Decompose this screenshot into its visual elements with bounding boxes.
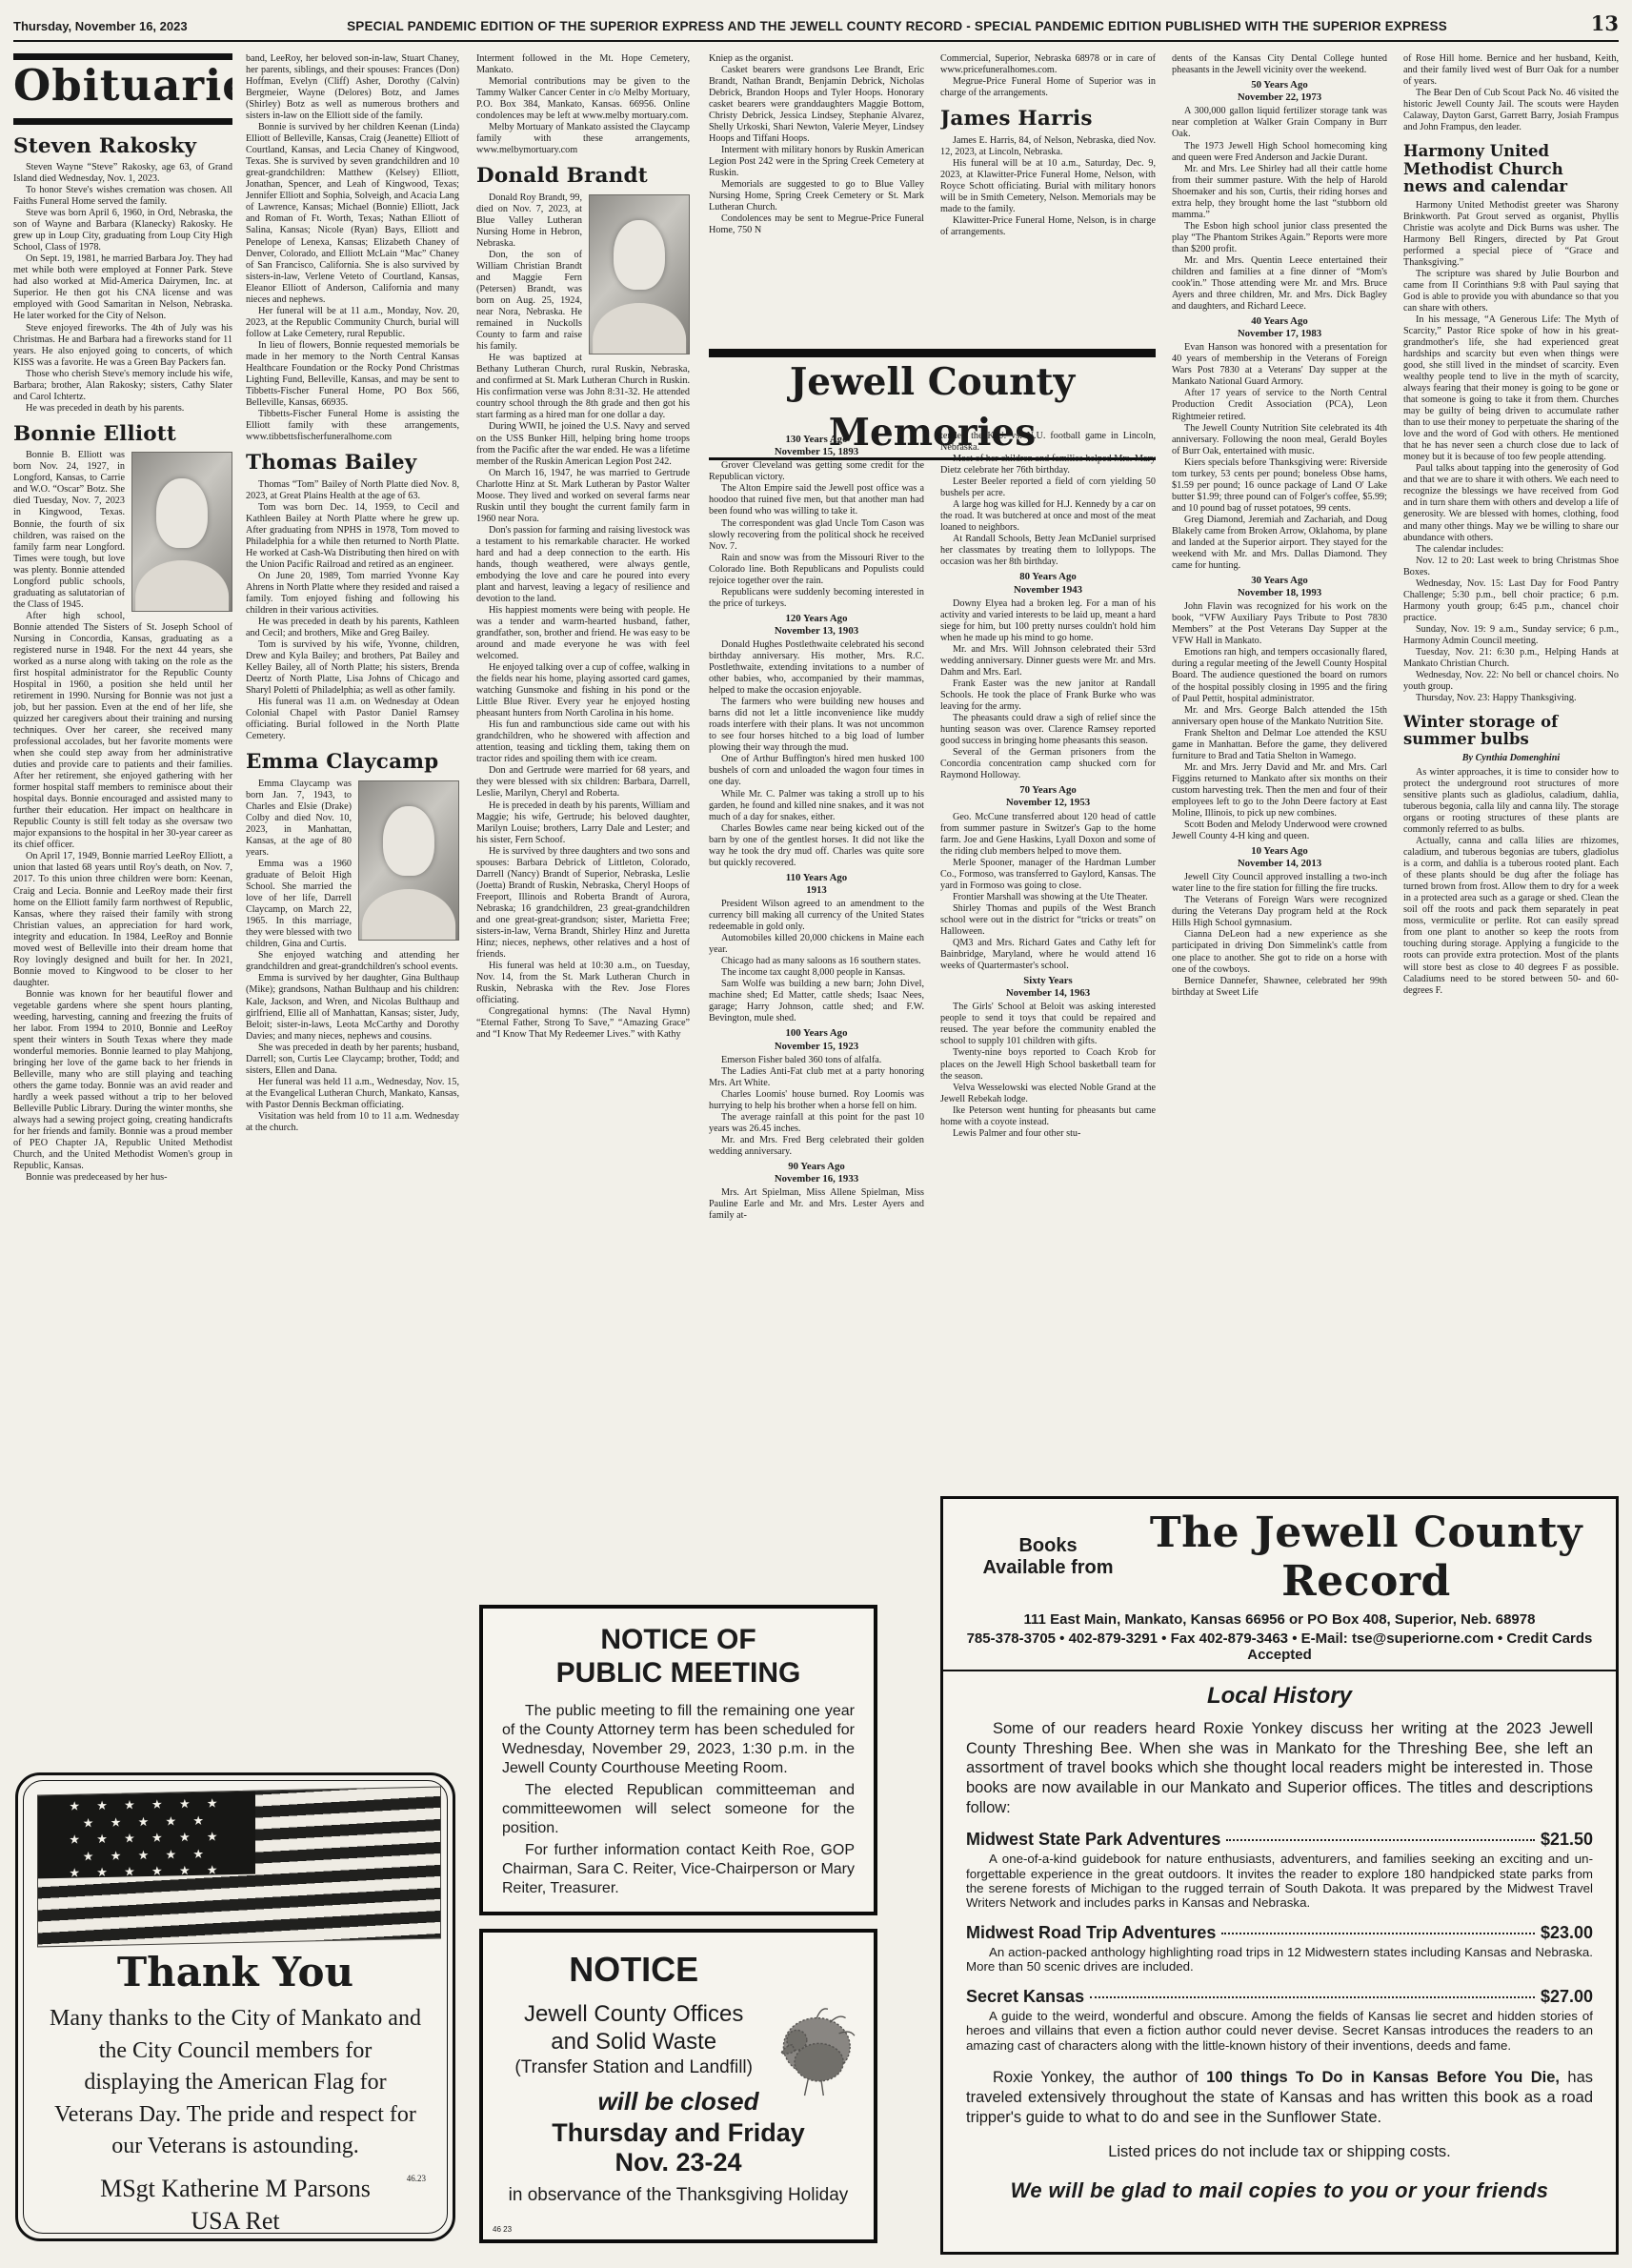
- text-block: Nov. 12 to 20: Last week to bring Christ…: [1403, 556, 1619, 578]
- closure-line: and Solid Waste: [493, 2029, 775, 2056]
- text-block: Mrs. Art Spielman, Miss Allene Spielman,…: [709, 1187, 924, 1222]
- column-7: of Rose Hill home. Bernice and her husba…: [1403, 53, 1619, 1487]
- thank-you-ad-inner: ★ ★ ★ ★ ★ ★ ★ ★ ★ ★ ★ ★ ★ ★ ★ ★ ★ ★ ★ ★ …: [23, 1780, 448, 2234]
- text-block: Charles Bowles came near being kicked ou…: [709, 823, 924, 869]
- text-block: Cianna DeLeon had a new experience as sh…: [1172, 929, 1387, 975]
- meeting-notice-title: NOTICE OF PUBLIC MEETING: [502, 1624, 855, 1690]
- prices-note: Listed prices do not include tax or ship…: [966, 2143, 1593, 2161]
- meeting-notice-paragraph: For further information contact Keith Ro…: [502, 1841, 855, 1898]
- book-entry: Midwest Road Trip Adventures $23.00 An a…: [966, 1923, 1593, 1974]
- text-block: Kniep as the organist.: [709, 53, 924, 65]
- text-block: Her funeral was held 11 a.m., Wednesday,…: [246, 1077, 459, 1111]
- text-block: 110 Years Ago 1913: [709, 872, 924, 897]
- thank-you-signature: MSgt Katherine M Parsons: [37, 2175, 433, 2203]
- roxie-paragraph: Roxie Yonkey, the author of 100 things T…: [966, 2068, 1593, 2128]
- text-block: Emma Claycamp: [246, 752, 459, 774]
- column-2: band, LeeRoy, her beloved son-in-law, St…: [246, 53, 459, 1765]
- books-ad-header: Books Available from The Jewell County R…: [966, 1509, 1593, 1606]
- books-ad-footer: We will be glad to mail copies to you or…: [966, 2178, 1593, 2203]
- text-block: Greg Diamond, Jeremiah and Zachariah, an…: [1172, 515, 1387, 572]
- text-block: Mr. and Mrs. Lee Shirley had all their c…: [1172, 164, 1387, 221]
- book-title: Secret Kansas: [966, 1987, 1084, 2007]
- column-3-blocks: Interment followed in the Mt. Hope Cemet…: [476, 53, 690, 1041]
- memories-right-blocks: tended the K.U. vs. N.U. football game i…: [940, 431, 1156, 1140]
- text-block: By Cynthia Domenghini: [1403, 753, 1619, 764]
- column-1-blocks: Steven RakoskySteven Wayne “Steve” Rakos…: [13, 136, 232, 1185]
- text-block: Velva Wesselowski was elected Noble Gran…: [940, 1083, 1156, 1105]
- text-block: Tibbetts-Fischer Funeral Home is assisti…: [246, 409, 459, 443]
- text-block: Megrue-Price Funeral Home of Superior wa…: [940, 76, 1156, 99]
- thank-you-title: Thank You: [37, 1949, 433, 1995]
- text-block: James Harris: [940, 109, 1156, 131]
- text-block: He is survived by three daughters and tw…: [476, 846, 690, 961]
- text-block: His happiest moments were being with peo…: [476, 605, 690, 662]
- text-block: Grover Cleveland was getting some credit…: [709, 460, 924, 483]
- text-block: To honor Steve's wishes cremation was ch…: [13, 185, 232, 208]
- text-block: of Rose Hill home. Bernice and her husba…: [1403, 53, 1619, 88]
- public-meeting-notice: NOTICE OF PUBLIC MEETING The public meet…: [479, 1605, 877, 1915]
- text-block: While Mr. C. Palmer was taking a stroll …: [709, 789, 924, 823]
- text-block: The Ladies Anti-Fat club met at a party …: [709, 1066, 924, 1089]
- text-block: Steven Rakosky: [13, 136, 232, 158]
- text-block: Scott Boden and Melody Underwood were cr…: [1172, 820, 1387, 842]
- thank-you-ad: ★ ★ ★ ★ ★ ★ ★ ★ ★ ★ ★ ★ ★ ★ ★ ★ ★ ★ ★ ★ …: [15, 1772, 455, 2241]
- newspaper-page: Thursday, November 16, 2023 SPECIAL PAND…: [0, 0, 1632, 2268]
- column-6-blocks: dents of the Kansas City Dental College …: [1172, 53, 1387, 999]
- text-block: Don's passion for farming and raising li…: [476, 525, 690, 605]
- closure-days-line: Thursday and Friday: [493, 2118, 864, 2148]
- meeting-notice-paragraph: The elected Republican committeeman and …: [502, 1781, 855, 1838]
- text-block: He was preceded in death by his parents.: [13, 403, 232, 415]
- flag-stars: ★ ★ ★ ★ ★ ★ ★ ★ ★ ★ ★ ★ ★ ★ ★ ★ ★ ★ ★ ★ …: [38, 1792, 255, 1879]
- text-block: Klawitter-Price Funeral Home, Nelson, is…: [940, 215, 1156, 238]
- text-block: He was preceded in death by his parents,…: [246, 617, 459, 639]
- text-block: She enjoyed watching and attending her g…: [246, 950, 459, 973]
- text-block: Paul talks about tapping into the genero…: [1403, 463, 1619, 543]
- thank-you-body: Many thanks to the City of Mankato and t…: [37, 2003, 433, 2163]
- text-block: Emerson Fisher baled 360 tons of alfalfa…: [709, 1055, 924, 1066]
- book-entry: Secret Kansas $27.00 A guide to the weir…: [966, 1987, 1593, 2053]
- memories-column-left: 130 Years Ago November 15, 1893Grover Cl…: [709, 431, 924, 1595]
- text-block: A large hog was killed for H.J. Kennedy …: [940, 499, 1156, 534]
- closure-footer-line: in observance of the Thanksgiving Holida…: [493, 2185, 864, 2206]
- text-block: Mr. and Mrs. Quentin Leece entertained t…: [1172, 255, 1387, 313]
- text-block: The scripture was shared by Julie Bourbo…: [1403, 269, 1619, 314]
- text-block: dents of the Kansas City Dental College …: [1172, 53, 1387, 76]
- closure-notice: NOTICE Jewell County Offices and Solid W…: [479, 1929, 877, 2243]
- text-block: Sam Wolfe was building a new barn; John …: [709, 979, 924, 1024]
- book-list: Midwest State Park Adventures $21.50 A o…: [966, 1830, 1593, 2053]
- book-title-row: Secret Kansas $27.00: [966, 1987, 1593, 2007]
- books-available-label: Books Available from: [966, 1535, 1130, 1579]
- text-block: The Bear Den of Cub Scout Pack No. 46 vi…: [1403, 88, 1619, 133]
- page-number: 13: [1561, 11, 1619, 35]
- text-block: Jewell City Council approved installing …: [1172, 872, 1387, 895]
- text-block: 120 Years Ago November 13, 1903: [709, 613, 924, 638]
- text-block: Thursday, Nov. 23: Happy Thanksgiving.: [1403, 693, 1619, 704]
- books-ad: Books Available from The Jewell County R…: [940, 1496, 1619, 2255]
- text-block: Frank Shelton and Delmar Loe attended th…: [1172, 728, 1387, 762]
- ad-code: 46.23: [407, 2174, 426, 2183]
- text-block: band, LeeRoy, her beloved son-in-law, St…: [246, 53, 459, 122]
- text-block: Mr. and Mrs. George Balch attended the 1…: [1172, 705, 1387, 728]
- text-block: Mr. and Mrs. Jerry David and Mr. and Mrs…: [1172, 762, 1387, 820]
- text-block: Tom was born Dec. 14, 1959, to Cecil and…: [246, 502, 459, 571]
- text-block: The Veterans of Foreign Wars were recogn…: [1172, 895, 1387, 929]
- text-block: Steve enjoyed fireworks. The 4th of July…: [13, 323, 232, 369]
- text-block: Thomas Bailey: [246, 453, 459, 475]
- text-block: At Randall Schools, Betty Jean McDaniel …: [940, 534, 1156, 568]
- text-block: Lester Beeler reported a field of corn y…: [940, 476, 1156, 499]
- column-3: Interment followed in the Mt. Hope Cemet…: [476, 53, 690, 1595]
- text-block: Interment followed in the Mt. Hope Cemet…: [476, 53, 690, 76]
- text-block: 50 Years Ago November 22, 1973: [1172, 79, 1387, 104]
- local-history-heading: Local History: [966, 1683, 1593, 1710]
- text-block: Bonnie was known for her beautiful flowe…: [13, 989, 232, 1173]
- text-block: Most of her children and families helped…: [940, 454, 1156, 476]
- dot-leader: [1226, 1839, 1535, 1841]
- emma-claycamp-photo: [358, 780, 459, 941]
- text-block: Sunday, Nov. 19: 9 a.m., Sunday service;…: [1403, 624, 1619, 647]
- book-description: A one-of-a-kind guidebook for nature ent…: [966, 1852, 1593, 1911]
- closure-line: Jewell County Offices: [493, 2001, 775, 2029]
- text-block: John Flavin was recognized for his work …: [1172, 601, 1387, 647]
- text-block: Melby Mortuary of Mankato assisted the C…: [476, 122, 690, 156]
- column-2-blocks: band, LeeRoy, her beloved son-in-law, St…: [246, 53, 459, 1134]
- text-block: 90 Years Ago November 16, 1933: [709, 1161, 924, 1185]
- text-block: Congregational hymns: (The Naval Hymn) “…: [476, 1006, 690, 1041]
- text-block: The pheasants could draw a sigh of relie…: [940, 713, 1156, 747]
- closure-notice-body: NOTICE Jewell County Offices and Solid W…: [493, 1950, 775, 2079]
- column-5-blocks: Commercial, Superior, Nebraska 68978 or …: [940, 53, 1156, 238]
- text-block: Wednesday, Nov. 15: Last Day for Food Pa…: [1403, 578, 1619, 624]
- text-block: He was baptized at Bethany Lutheran Chur…: [476, 353, 690, 421]
- text-block: His funeral was 11 a.m. on Wednesday at …: [246, 697, 459, 742]
- book-title: Midwest State Park Adventures: [966, 1830, 1220, 1850]
- text-block: The average rainfall at this point for t…: [709, 1112, 924, 1135]
- text-block: After 17 years of service to the North C…: [1172, 388, 1387, 422]
- text-block: 100 Years Ago November 15, 1923: [709, 1027, 924, 1052]
- book-title: Midwest Road Trip Adventures: [966, 1923, 1216, 1943]
- text-block: The farmers who were building new houses…: [709, 697, 924, 754]
- text-block: Steve was born April 6, 1960, in Ord, Ne…: [13, 208, 232, 253]
- column-4-top: Kniep as the organist.Casket bearers wer…: [709, 53, 924, 345]
- text-block: James E. Harris, 84, of Nelson, Nebraska…: [940, 135, 1156, 158]
- text-block: 40 Years Ago November 17, 1983: [1172, 315, 1387, 340]
- text-block: A 300,000 gallon liquid fertilizer stora…: [1172, 106, 1387, 140]
- text-block: Mr. and Mrs. Will Johnson celebrated the…: [940, 644, 1156, 678]
- donald-brandt-photo: [589, 194, 690, 354]
- text-block: Twenty-nine boys reported to Coach Krob …: [940, 1047, 1156, 1082]
- text-block: Steven Wayne “Steve” Rakosky, age 63, of…: [13, 162, 232, 185]
- text-block: Charles Loomis' house burned. Roy Loomis…: [709, 1089, 924, 1112]
- text-block: The correspondent was glad Uncle Tom Cas…: [709, 518, 924, 553]
- memories-left-blocks: 130 Years Ago November 15, 1893Grover Cl…: [709, 434, 924, 1222]
- text-block: The Jewell County Nutrition Site celebra…: [1172, 423, 1387, 457]
- text-block: The Alton Empire said the Jewell post of…: [709, 483, 924, 517]
- text-block: During WWII, he joined the U.S. Navy and…: [476, 421, 690, 467]
- text-block: The income tax caught 8,000 people in Ka…: [709, 967, 924, 979]
- divider-rule: [943, 1670, 1616, 1671]
- text-block: His funeral was held at 10:30 a.m., on T…: [476, 961, 690, 1006]
- text-block: The 1973 Jewell High School homecoming k…: [1172, 141, 1387, 164]
- text-block: After high school, Bonnie attended The S…: [13, 611, 232, 852]
- book-entry: Midwest State Park Adventures $21.50 A o…: [966, 1830, 1593, 1911]
- book-description: An action-packed anthology highlighting …: [966, 1945, 1593, 1974]
- books-ad-contact: 785-378-3705 • 402-879-3291 • Fax 402-87…: [966, 1630, 1593, 1663]
- ad-code: 46 23: [493, 2225, 512, 2234]
- text-block: Chicago had as many saloons as 16 southe…: [709, 956, 924, 967]
- text-block: Tom is survived by his wife, Yvonne, chi…: [246, 639, 459, 697]
- text-block: Interment with military honors by Ruskin…: [709, 145, 924, 179]
- text-block: Harmony United Methodist greeter was Sha…: [1403, 200, 1619, 269]
- book-title-row: Midwest Road Trip Adventures $23.00: [966, 1923, 1593, 1943]
- text-block: He is preceded in death by his parents, …: [476, 800, 690, 846]
- text-block: Thomas “Tom” Bailey of North Platte died…: [246, 479, 459, 502]
- text-block: His funeral will be at 10 a.m., Saturday…: [940, 158, 1156, 215]
- text-block: Bonnie is survived by her children Keena…: [246, 122, 459, 306]
- text-block: Her funeral will be at 11 a.m., Monday, …: [246, 306, 459, 340]
- text-block: Emotions ran high, and tempers occasiona…: [1172, 647, 1387, 704]
- american-flag-image: ★ ★ ★ ★ ★ ★ ★ ★ ★ ★ ★ ★ ★ ★ ★ ★ ★ ★ ★ ★ …: [37, 1787, 441, 1948]
- text-block: Bonnie Elliott: [13, 424, 232, 446]
- text-block: Sixty Years November 14, 1963: [940, 975, 1156, 1000]
- closure-dates-line: Nov. 23-24: [493, 2148, 864, 2177]
- text-block: Several of the German prisoners from the…: [940, 747, 1156, 781]
- text-block: Frank Easter was the new janitor at Rand…: [940, 678, 1156, 713]
- text-block: Downy Elyea had a broken leg. For a man …: [940, 598, 1156, 644]
- page-header: Thursday, November 16, 2023 SPECIAL PAND…: [13, 11, 1619, 42]
- text-block: Donald Brandt: [476, 166, 690, 188]
- text-block: The calendar includes:: [1403, 544, 1619, 556]
- text-block: Shirley Thomas and pupils of the West Br…: [940, 903, 1156, 938]
- roxie-book-title: 100 things To Do in Kansas Before You Di…: [1206, 2069, 1560, 2086]
- text-block: Kiers specials before Thanksgiving were:…: [1172, 457, 1387, 515]
- column-1: Obituaries Steven RakoskySteven Wayne “S…: [13, 53, 232, 1765]
- text-block: QM3 and Mrs. Richard Gates and Cathy lef…: [940, 938, 1156, 972]
- text-block: He enjoyed talking over a cup of coffee,…: [476, 662, 690, 719]
- text-block: Lewis Palmer and four other stu-: [940, 1128, 1156, 1140]
- books-ad-intro: Some of our readers heard Roxie Yonkey d…: [966, 1719, 1593, 1817]
- text-block: Winter storage of summer bulbs: [1403, 714, 1619, 749]
- text-block: Don and Gertrude were married for 68 yea…: [476, 765, 690, 800]
- text-block: Geo. McCune transferred about 120 head o…: [940, 812, 1156, 858]
- text-block: Tuesday, Nov. 21: 6:30 p.m., Helping Han…: [1403, 647, 1619, 670]
- text-block: 130 Years Ago November 15, 1893: [709, 434, 924, 458]
- roxie-text: Roxie Yonkey, the author of: [993, 2069, 1206, 2086]
- turkey-clipart-icon: [752, 1994, 864, 2116]
- text-block: Casket bearers were grandsons Lee Brandt…: [709, 65, 924, 145]
- text-block: Emma is survived by her daughter, Gina B…: [246, 973, 459, 1042]
- text-block: Wednesday, Nov. 22: No bell or chancel c…: [1403, 670, 1619, 693]
- text-block: One of Arthur Buffington's hired men hus…: [709, 754, 924, 788]
- text-block: Harmony United Methodist Church news and…: [1403, 143, 1619, 195]
- text-block: On Sept. 19, 1981, he married Barbara Jo…: [13, 253, 232, 322]
- meeting-notice-paragraph: The public meeting to fill the remaining…: [502, 1702, 855, 1778]
- text-block: 70 Years Ago November 12, 1953: [940, 784, 1156, 809]
- text-block: Mr. and Mrs. Fred Berg celebrated their …: [709, 1135, 924, 1158]
- issue-date: Thursday, November 16, 2023: [13, 19, 232, 33]
- text-block: tended the K.U. vs. N.U. football game i…: [940, 431, 1156, 454]
- text-block: Memorials are suggested to go to Blue Va…: [709, 179, 924, 213]
- text-block: On March 16, 1947, he was married to Ger…: [476, 468, 690, 525]
- dot-leader: [1090, 1996, 1535, 1998]
- column-4-blocks: Kniep as the organist.Casket bearers wer…: [709, 53, 924, 237]
- column-5-top: Commercial, Superior, Nebraska 68978 or …: [940, 53, 1156, 345]
- obituaries-section-header: Obituaries: [13, 53, 232, 125]
- text-block: Ike Peterson went hunting for pheasants …: [940, 1105, 1156, 1128]
- text-block: 80 Years Ago November 1943: [940, 571, 1156, 596]
- text-block: She was preceded in death by her parents…: [246, 1043, 459, 1077]
- text-block: Visitation was held from 10 to 11 a.m. W…: [246, 1111, 459, 1134]
- book-price: $27.00: [1541, 1987, 1593, 2007]
- text-block: Actually, canna and calla lilies are rhi…: [1403, 836, 1619, 996]
- edition-title: SPECIAL PANDEMIC EDITION OF THE SUPERIOR…: [232, 19, 1561, 33]
- text-block: Bonnie was predeceased by her hus-: [13, 1172, 232, 1184]
- text-block: On April 17, 1949, Bonnie married LeeRoy…: [13, 851, 232, 988]
- text-block: Frontier Marshall was showing at the Ute…: [940, 892, 1156, 903]
- text-block: Merle Spooner, manager of the Hardman Lu…: [940, 858, 1156, 892]
- closure-line: (Transfer Station and Landfill): [493, 2056, 775, 2080]
- book-price: $21.50: [1541, 1830, 1593, 1850]
- text-block: Automobiles killed 20,000 chickens in Ma…: [709, 933, 924, 956]
- bonnie-elliott-photo: [131, 452, 232, 612]
- memories-column-right: tended the K.U. vs. N.U. football game i…: [940, 431, 1156, 1487]
- text-block: 10 Years Ago November 14, 2013: [1172, 845, 1387, 870]
- text-block: In his message, “A Generous Life: The My…: [1403, 314, 1619, 463]
- book-description: A guide to the weird, wonderful and obsc…: [966, 2009, 1593, 2053]
- text-block: 30 Years Ago November 18, 1993: [1172, 575, 1387, 599]
- column-7-blocks: of Rose Hill home. Bernice and her husba…: [1403, 53, 1619, 997]
- text-block: Commercial, Superior, Nebraska 68978 or …: [940, 53, 1156, 76]
- thank-you-signature-2: USA Ret: [37, 2207, 433, 2234]
- text-block: The Girls' School at Beloit was asking i…: [940, 1002, 1156, 1047]
- text-block: Those who cherish Steve's memory include…: [13, 369, 232, 403]
- text-block: Memorial contributions may be given to t…: [476, 76, 690, 122]
- text-block: Condolences may be sent to Megrue-Price …: [709, 213, 924, 236]
- text-block: On June 20, 1989, Tom married Yvonne Kay…: [246, 571, 459, 617]
- text-block: Republicans were suddenly becoming inter…: [709, 587, 924, 610]
- text-block: His fun and rambunctious side came out w…: [476, 719, 690, 765]
- books-ad-title: The Jewell County Record: [1139, 1509, 1593, 1606]
- text-block: Bernice Dannefer, Shawnee, celebrated he…: [1172, 976, 1387, 999]
- text-block: President Wilson agreed to an amendment …: [709, 899, 924, 933]
- book-title-row: Midwest State Park Adventures $21.50: [966, 1830, 1593, 1850]
- text-block: As winter approaches, it is time to cons…: [1403, 767, 1619, 836]
- text-block: Donald Hughes Postlethwaite celebrated h…: [709, 639, 924, 697]
- dot-leader: [1221, 1933, 1535, 1934]
- column-6: dents of the Kansas City Dental College …: [1172, 53, 1387, 1487]
- book-price: $23.00: [1541, 1923, 1593, 1943]
- banner-top-rule: [709, 349, 1156, 357]
- text-block: In lieu of flowers, Bonnie requested mem…: [246, 340, 459, 409]
- text-block: The Esbon high school junior class prese…: [1172, 221, 1387, 255]
- text-block: Rain and snow was from the Missouri Rive…: [709, 553, 924, 587]
- closure-notice-title: NOTICE: [493, 1950, 775, 1990]
- text-block: Evan Hanson was honored with a presentat…: [1172, 342, 1387, 388]
- books-ad-address: 111 East Main, Mankato, Kansas 66956 or …: [966, 1611, 1593, 1628]
